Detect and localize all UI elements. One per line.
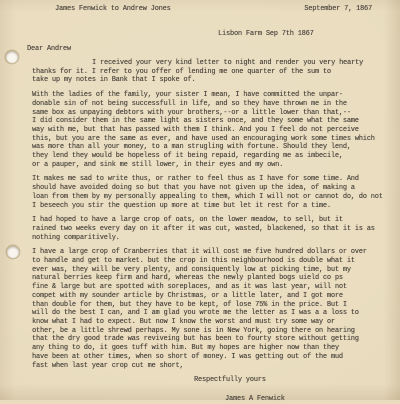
punch-hole-bottom xyxy=(7,246,19,258)
salutation: Dear Andrew xyxy=(27,45,71,53)
archive-header: James Fenwick to Andrew Jones September … xyxy=(55,5,372,13)
letter-page: James Fenwick to Andrew Jones September … xyxy=(0,0,400,400)
letter-body: I received your very kind letter to nigh… xyxy=(32,59,388,400)
paragraph-3: It makes me sad to write thus, or rather… xyxy=(32,175,388,210)
signature: James A Fenwick xyxy=(225,395,388,400)
header-date: September 7, 1867 xyxy=(304,5,372,13)
paragraph-2: With the ladies of the family, your sist… xyxy=(32,91,388,169)
paragraph-1: I received your very kind letter to nigh… xyxy=(32,59,388,85)
header-correspondents: James Fenwick to Andrew Jones xyxy=(55,5,171,13)
paragraph-4: I had hoped to have a large crop of oats… xyxy=(32,216,388,242)
dateline: Lisbon Farm Sep 7th 1867 xyxy=(218,30,314,38)
closing: Respectfully yours xyxy=(194,376,388,385)
punch-hole-top xyxy=(6,51,18,63)
paragraph-5: I have a large crop of Cranberries that … xyxy=(32,248,388,370)
